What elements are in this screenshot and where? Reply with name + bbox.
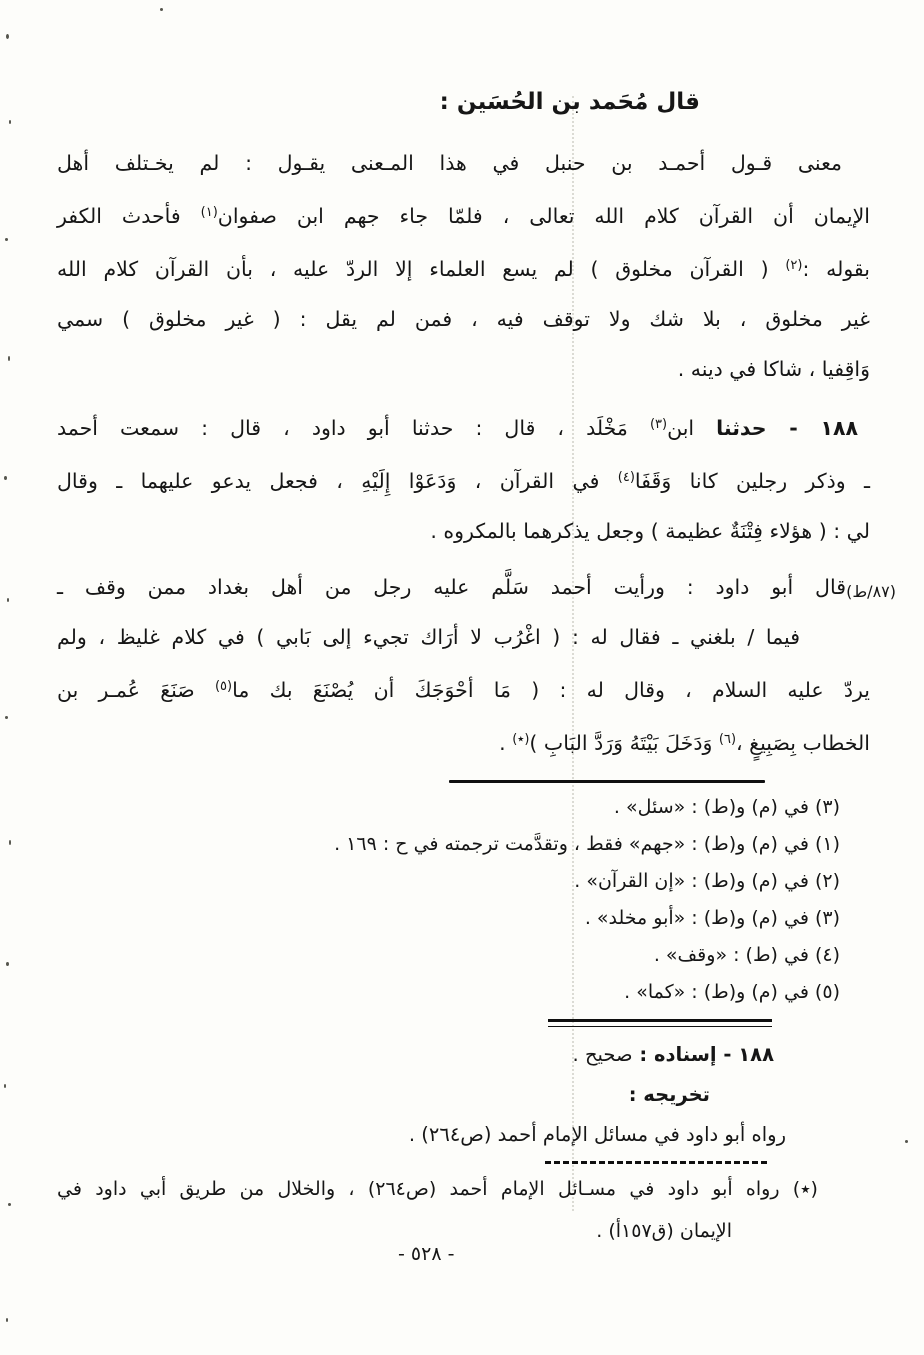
paragraph-abu-dawud-report: قال أبو داود : ورأيت أحمد سَلَّم عليه رج… (57, 562, 870, 768)
text-line: (٣) في (م) و(ط) : «سئل» . (57, 789, 840, 826)
text-line: فيما / بلغني ـ فقال له : ( اغْرُب لا أرَ… (57, 612, 870, 662)
text-line: (٭) رواه أبو داود في مسـائل الإمام أحمد … (57, 1168, 818, 1210)
text-run: صحيح . (573, 1043, 633, 1066)
text-run: قال أبو داود : ورأيت أحمد سَلَّم عليه رج… (57, 575, 846, 599)
text-run: تخريجه : (629, 1083, 710, 1106)
text-line: يردّ عليه السلام ، وقال له : ( مَا أحْوَ… (57, 662, 870, 715)
variant-footnotes-block: (٣) في (م) و(ط) : «سئل» .(١) في (م) و(ط)… (57, 789, 840, 1011)
text-run: (٥) في (م) و(ط) : «كما» . (624, 981, 840, 1003)
paragraph-hadith-188: ١٨٨ - حدثنا ابن(٣) مَخْلَد ، قال : حدثنا… (57, 400, 870, 556)
text-line: معنى قـول أحمـد بن حنبل في هذا المـعنى ي… (57, 138, 870, 188)
text-run: . (499, 731, 512, 755)
text-line: ١٨٨ - إسناده : صحيح . (57, 1035, 786, 1075)
double-separator-line (548, 1019, 772, 1027)
text-run: ( القرآن مخلوق ) لم يسع العلماء إلا الرد… (57, 257, 785, 281)
text-run: وَدَخَلَ بَيْتَهُ وَرَدَّ البَابِ ) (529, 731, 718, 755)
text-run: وَاقِفيا ، شاكا في دينه . (678, 357, 870, 381)
page-content: قال مُحَمد بن الحُسَين : معنى قـول أحمـد… (0, 0, 924, 1355)
text-line: وَاقِفيا ، شاكا في دينه . (57, 344, 870, 394)
text-run: ١٨٨ - إسناده : (633, 1043, 774, 1066)
star-footnote-block: (٭) رواه أبو داود في مسـائل الإمام أحمد … (57, 1168, 818, 1252)
text-line: (٤) في (ط) : «وقف» . (57, 937, 840, 974)
text-run: في القرآن ، وَدَعَوْا إِلَيْهِ ، فجعل يد… (57, 469, 618, 493)
text-line: ١٨٨ - حدثنا ابن(٣) مَخْلَد ، قال : حدثنا… (57, 400, 870, 453)
text-line: ـ وذكر رجلين كانا وَقَفَا(٤) في القرآن ،… (57, 453, 870, 506)
text-run: فأحدث الكفر (57, 204, 201, 228)
text-run: رواه أبو داود في مسائل الإمام أحمد (ص٢٦٤… (409, 1123, 786, 1146)
text-run: لي : ( هؤلاء فِتْنَةٌ عظيمة ) وجعل يذكره… (430, 519, 870, 543)
text-run: مَخْلَد ، قال : حدثنا أبو داود ، قال : س… (57, 416, 650, 440)
footnote-marker: (٣) (650, 417, 667, 432)
text-run: (٤) في (ط) : «وقف» . (654, 944, 840, 966)
text-run: (١) في (م) و(ط) : «جهم» فقط ، وتقدَّمت ت… (334, 833, 840, 855)
text-run: ـ وذكر رجلين كانا وَقَفَا (635, 469, 870, 493)
text-run: (٣) في (م) و(ط) : «أبو مخلد» . (585, 907, 840, 929)
text-run: ١٨٨ - حدثنا (716, 416, 858, 440)
page-title: قال مُحَمد بن الحُسَين : (57, 82, 870, 122)
text-line: الخطاب بِصَبِيغٍ ،(٦) وَدَخَلَ بَيْتَهُ … (57, 715, 870, 768)
scanned-book-page: قال مُحَمد بن الحُسَين : معنى قـول أحمـد… (0, 0, 924, 1355)
footnote-marker: (٭) (512, 732, 529, 747)
text-run: غير مخلوق ، بلا شك ولا توقف فيه ، فمن لم… (57, 307, 870, 331)
text-run: الخطاب بِصَبِيغٍ ، (736, 731, 870, 755)
text-line: (١) في (م) و(ط) : «جهم» فقط ، وتقدَّمت ت… (57, 826, 840, 863)
footnote-marker: (١) (201, 205, 218, 220)
text-run: (٭) رواه أبو داود في مسـائل الإمام أحمد … (57, 1178, 818, 1200)
text-line: (٣) في (م) و(ط) : «أبو مخلد» . (57, 900, 840, 937)
text-line: لي : ( هؤلاء فِتْنَةٌ عظيمة ) وجعل يذكره… (57, 506, 870, 556)
text-line: الإيمان أن القرآن كلام الله تعالى ، فلمّ… (57, 188, 870, 241)
text-line: قال أبو داود : ورأيت أحمد سَلَّم عليه رج… (57, 562, 870, 612)
page-number: - ٥٢٨ - (398, 1243, 454, 1265)
text-run: معنى قـول أحمـد بن حنبل في هذا المـعنى ي… (57, 151, 842, 175)
text-run: صَنَعَ عُمـر بن (57, 678, 215, 702)
text-run: الإيمان أن القرآن كلام الله تعالى ، فلمّ… (218, 204, 870, 228)
text-line: (٥) في (م) و(ط) : «كما» . (57, 974, 840, 1011)
text-run: ابن (667, 416, 716, 440)
text-line: بقوله :(٢) ( القرآن مخلوق ) لم يسع العلم… (57, 241, 870, 294)
text-line: غير مخلوق ، بلا شك ولا توقف فيه ، فمن لم… (57, 294, 870, 344)
text-line: رواه أبو داود في مسائل الإمام أحمد (ص٢٦٤… (57, 1115, 786, 1155)
paragraph-intro: معنى قـول أحمـد بن حنبل في هذا المـعنى ي… (57, 138, 870, 394)
text-run: بقوله : (802, 257, 870, 281)
footnotes-separator-line (449, 780, 765, 783)
isnad-grading-block: ١٨٨ - إسناده : صحيح .تخريجه :رواه أبو دا… (57, 1035, 786, 1155)
text-run: (٣) في (م) و(ط) : «سئل» . (614, 796, 840, 818)
text-run: (٢) في (م) و(ط) : «إن القرآن» . (574, 870, 840, 892)
text-run: يردّ عليه السلام ، وقال له : ( مَا أحْوَ… (232, 678, 870, 702)
dashed-separator-line (545, 1161, 767, 1164)
footnote-marker: (٤) (618, 470, 635, 485)
text-run: فيما / بلغني ـ فقال له : ( اغْرُب لا أرَ… (57, 625, 800, 649)
text-line: (٢) في (م) و(ط) : «إن القرآن» . (57, 863, 840, 900)
text-run: الإيمان (ق١٥٧أ) . (596, 1220, 732, 1242)
text-line: تخريجه : (57, 1075, 786, 1115)
folio-margin-note: (٨٧/ط) (846, 582, 896, 601)
footnote-marker: (٦) (719, 732, 736, 747)
footnote-marker: (٥) (215, 679, 232, 694)
footnote-marker: (٢) (785, 258, 802, 273)
